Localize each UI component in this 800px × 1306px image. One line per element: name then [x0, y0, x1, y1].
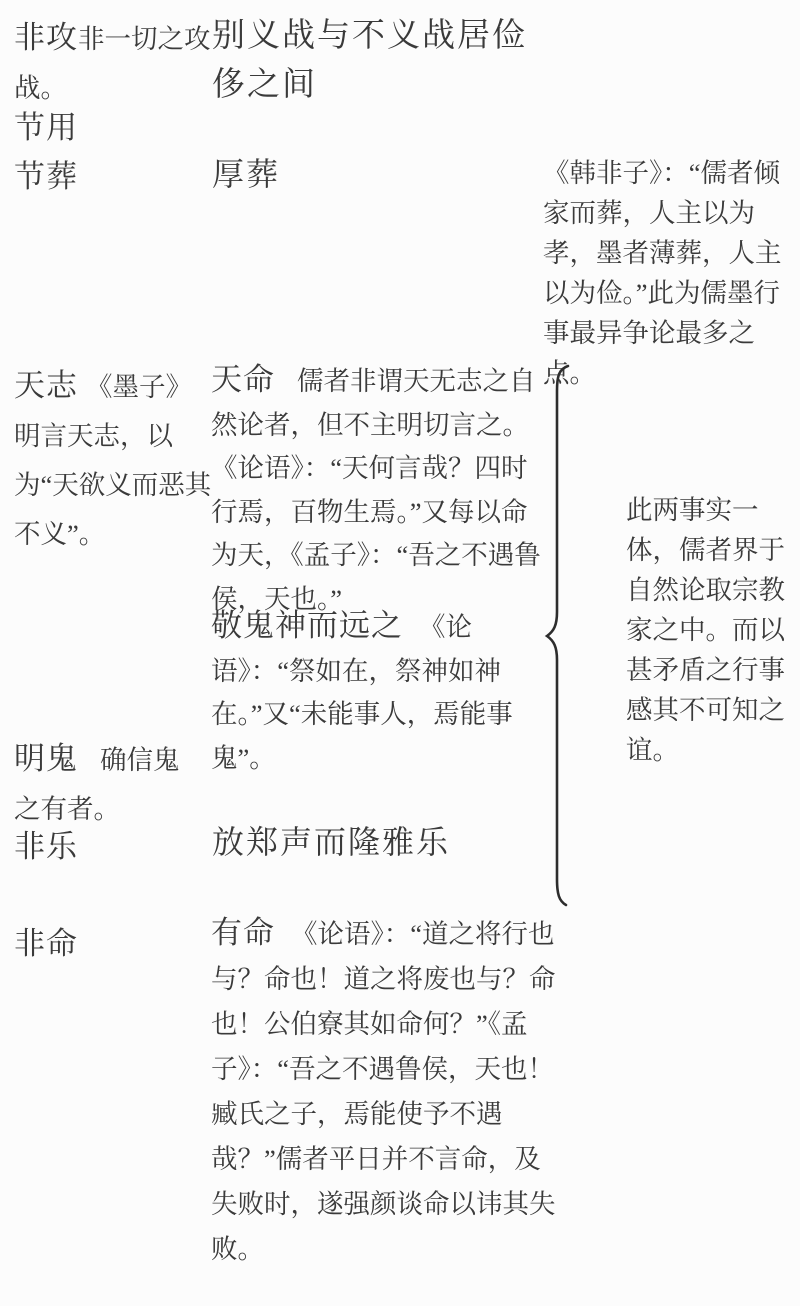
- entry-fei-gong: 非攻非一切之攻战。: [14, 16, 224, 115]
- note-you-ming: 《论语》：“道之将行也与？命也！道之将废也与？命也！公伯寮其如命何？”《孟子》：…: [211, 919, 556, 1264]
- entry-tian-ming: 天命儒者非谓天无志之自然论者，但不主明切言之。《论语》：“天何言哉？四时行焉，百…: [211, 360, 553, 623]
- entry-jing-gui-shen: 敬鬼神而远之《论语》：“祭如在，祭神如神在。”又“未能事人，焉能事鬼”。: [211, 606, 553, 782]
- grouping-brace-icon: [544, 364, 570, 908]
- scanned-book-page: 非攻非一切之攻战。 别义战与不义战居俭侈之间 节用 节葬 厚葬 《韩非子》：“儒…: [0, 0, 800, 1306]
- note-tian-ming: 儒者非谓天无志之自然论者，但不主明切言之。《论语》：“天何言哉？四时行焉，百物生…: [211, 366, 541, 614]
- entry-fei-le: 非乐: [14, 821, 78, 866]
- entry-fang-zheng-sheng: 放郑声而隆雅乐: [212, 817, 450, 863]
- comment-hanfeizi: 《韩非子》：“儒者倾家而葬，人主以为孝，墨者薄葬，人主以为俭。”此为儒墨行事最异…: [543, 153, 798, 393]
- entry-jie-zang: 节葬: [14, 151, 78, 196]
- headword-tian-ming: 天命: [211, 362, 275, 397]
- entry-hou-zang: 厚葬: [212, 149, 280, 195]
- comment-brace: 此两事实一体，儒者界于自然论取宗教家之中。而以甚矛盾之行事感其不可知之谊。: [626, 490, 798, 770]
- headword-jing-gui-shen: 敬鬼神而远之: [211, 608, 403, 643]
- headword-you-ming: 有命: [211, 915, 275, 950]
- entry-tian-zhi: 天志《墨子》明言天志，以为“天欲义而恶其不义”。: [14, 364, 214, 561]
- entry-fei-ming: 非命: [14, 918, 78, 963]
- headword-tian-zhi: 天志: [14, 368, 78, 403]
- entry-yi-zhan: 别义战与不义战居俭侈之间: [212, 12, 557, 110]
- entry-jie-yong: 节用: [14, 102, 78, 147]
- headword-fei-gong: 非攻: [14, 20, 78, 55]
- headword-ming-gui: 明鬼: [14, 741, 78, 776]
- entry-you-ming: 有命《论语》：“道之将行也与？命也！道之将废也与？命也！公伯寮其如命何？”《孟子…: [211, 913, 559, 1274]
